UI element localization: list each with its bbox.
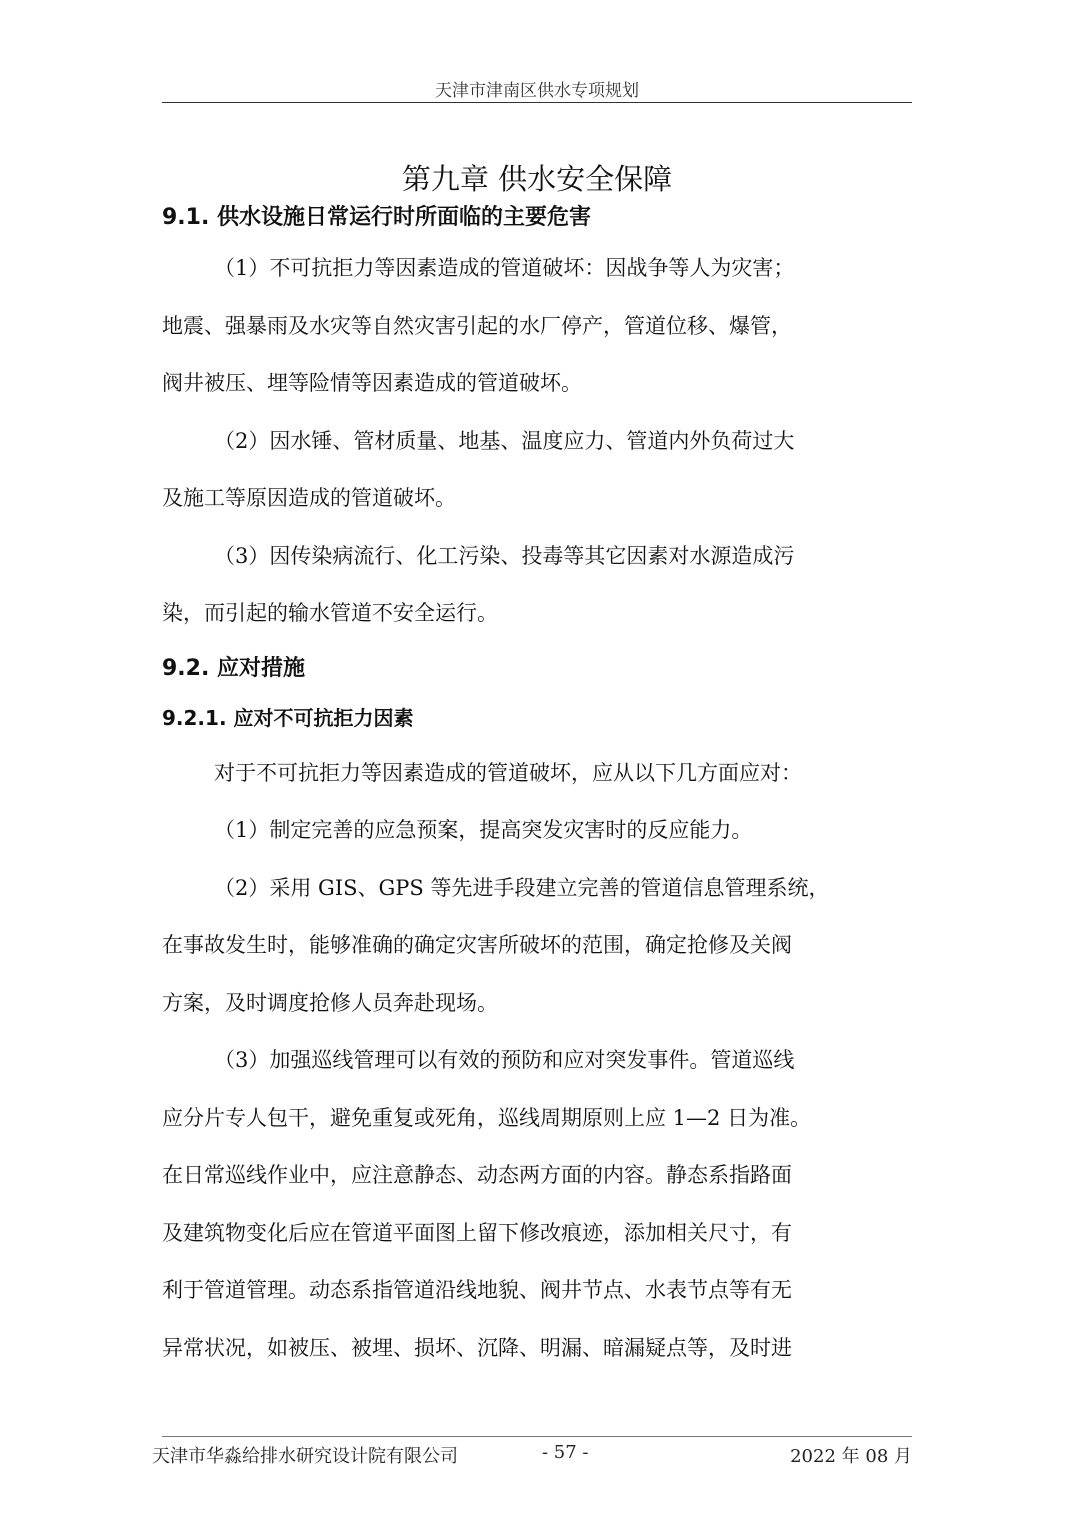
chapter-title: 第九章 供水安全保障 xyxy=(162,157,912,198)
text-line: 及建筑物变化后应在管道平面图上留下修改痕迹，添加相关尺寸，有 xyxy=(162,1205,912,1263)
text-line: 地震、强暴雨及水灾等自然灾害引起的水厂停产，管道位移、爆管， xyxy=(162,298,912,356)
paragraph-9-2-1-item-2: （2）采用 GIS、GPS 等先进手段建立完善的管道信息管理系统， 在事故发生时… xyxy=(162,860,912,1033)
section-heading-9-2-1: 9.2.1. 应对不可抗拒力因素 xyxy=(162,691,912,745)
page-header-title: 天津市津南区供水专项规划 xyxy=(162,76,912,101)
text-line: （2）采用 GIS、GPS 等先进手段建立完善的管道信息管理系统， xyxy=(162,860,912,918)
text-line: （3）因传染病流行、化工污染、投毒等其它因素对水源造成污 xyxy=(162,528,912,586)
text-line: 利于管道管理。动态系指管道沿线地貌、阀井节点、水表节点等有无 xyxy=(162,1262,912,1320)
header-rule xyxy=(162,102,912,103)
paragraph-9-2-1-item-1: （1）制定完善的应急预案，提高突发灾害时的反应能力。 xyxy=(162,802,912,860)
paragraph-9-1-item-1: （1）不可抗拒力等因素造成的管道破坏：因战争等人为灾害； 地震、强暴雨及水灾等自… xyxy=(162,240,912,413)
text-line: （2）因水锤、管材质量、地基、温度应力、管道内外负荷过大 xyxy=(162,413,912,471)
paragraph-9-2-1-intro: 对于不可抗拒力等因素造成的管道破坏，应从以下几方面应对： xyxy=(162,745,912,803)
page-number: - 57 - xyxy=(542,1442,589,1463)
text-line: 对于不可抗拒力等因素造成的管道破坏，应从以下几方面应对： xyxy=(162,745,912,803)
text-line: 在日常巡线作业中，应注意静态、动态两方面的内容。静态系指路面 xyxy=(162,1147,912,1205)
section-heading-9-1: 9.1. 供水设施日常运行时所面临的主要危害 xyxy=(162,196,912,240)
text-line: 应分片专人包干，避免重复或死角，巡线周期原则上应 1—2 日为准。 xyxy=(162,1090,912,1148)
text-line: 异常状况，如被压、被埋、损坏、沉降、明漏、暗漏疑点等，及时进 xyxy=(162,1320,912,1378)
text-line: 阀井被压、埋等险情等因素造成的管道破坏。 xyxy=(162,355,912,413)
footer-rule xyxy=(162,1436,912,1437)
text-line: 及施工等原因造成的管道破坏。 xyxy=(162,470,912,528)
page-footer: 天津市华淼给排水研究设计院有限公司 - 57 - 2022 年 08 月 xyxy=(152,1442,912,1466)
text-line: （1）不可抗拒力等因素造成的管道破坏：因战争等人为灾害； xyxy=(162,240,912,298)
footer-date: 2022 年 08 月 xyxy=(790,1442,912,1468)
page-content: 9.1. 供水设施日常运行时所面临的主要危害 （1）不可抗拒力等因素造成的管道破… xyxy=(162,196,912,1377)
paragraph-9-2-1-item-3: （3）加强巡线管理可以有效的预防和应对突发事件。管道巡线 应分片专人包干，避免重… xyxy=(162,1032,912,1377)
text-line: （1）制定完善的应急预案，提高突发灾害时的反应能力。 xyxy=(162,802,912,860)
footer-company: 天津市华淼给排水研究设计院有限公司 xyxy=(152,1442,458,1468)
text-line: 染，而引起的输水管道不安全运行。 xyxy=(162,585,912,643)
text-line: 方案，及时调度抢修人员奔赴现场。 xyxy=(162,975,912,1033)
paragraph-9-1-item-3: （3）因传染病流行、化工污染、投毒等其它因素对水源造成污 染，而引起的输水管道不… xyxy=(162,528,912,643)
text-line: （3）加强巡线管理可以有效的预防和应对突发事件。管道巡线 xyxy=(162,1032,912,1090)
text-line: 在事故发生时，能够准确的确定灾害所破坏的范围，确定抢修及关阀 xyxy=(162,917,912,975)
section-heading-9-2: 9.2. 应对措施 xyxy=(162,647,912,691)
paragraph-9-1-item-2: （2）因水锤、管材质量、地基、温度应力、管道内外负荷过大 及施工等原因造成的管道… xyxy=(162,413,912,528)
